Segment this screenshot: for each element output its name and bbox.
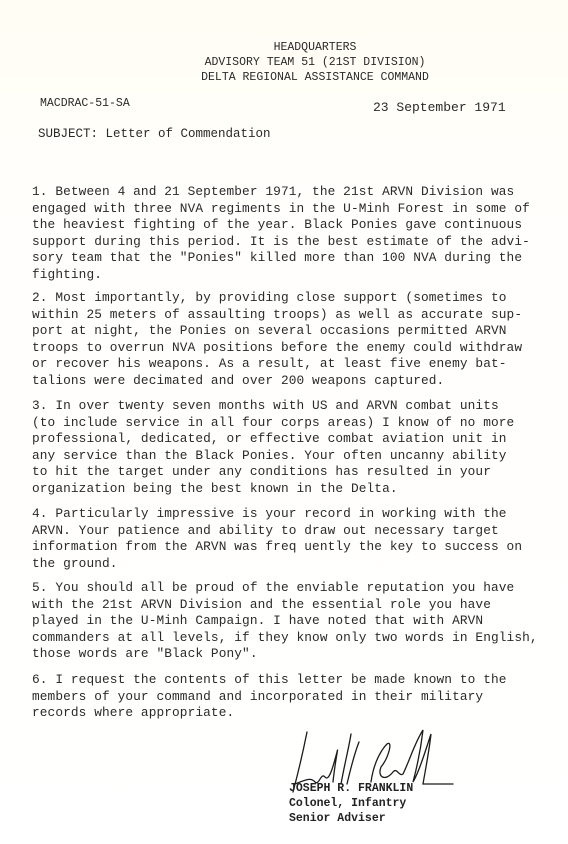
text-line: troops to overrun NVA positions before t… xyxy=(32,340,542,357)
signer-rank: Colonel, Infantry xyxy=(289,796,413,811)
subject-line: SUBJECT: Letter of Commendation xyxy=(38,127,271,141)
text-line: professional, dedicated, or effective co… xyxy=(32,431,542,448)
text-line: support during this period. It is the be… xyxy=(32,234,542,251)
text-line: 1. Between 4 and 21 September 1971, the … xyxy=(32,184,542,201)
reference-code: MACDRAC-51-SA xyxy=(40,97,130,110)
text-line: any service than the Black Ponies. Your … xyxy=(32,448,542,465)
text-line: records where appropriate. xyxy=(32,705,542,722)
text-line: with the 21st ARVN Division and the esse… xyxy=(32,597,542,614)
text-line: the heaviest fighting of the year. Black… xyxy=(32,217,542,234)
text-line: those words are "Black Pony". xyxy=(32,646,542,663)
paragraph-3: 3. In over twenty seven months with US a… xyxy=(32,398,542,497)
text-line: fighting. xyxy=(32,267,542,284)
signer-name: JOSEPH R. FRANKLIN xyxy=(289,781,413,796)
signature-block: JOSEPH R. FRANKLIN Colonel, Infantry Sen… xyxy=(289,781,413,826)
text-line: or recover his weapons. As a result, at … xyxy=(32,356,542,373)
text-line: commanders at all levels, if they know o… xyxy=(32,630,542,647)
text-line: 5. You should all be proud of the enviab… xyxy=(32,580,542,597)
text-line: 2. Most importantly, by providing close … xyxy=(32,290,542,307)
text-line: talions were decimated and over 200 weap… xyxy=(32,373,542,390)
text-line: to hit the target under any conditions h… xyxy=(32,464,542,481)
letter-page: HEADQUARTERS ADVISORY TEAM 51 (21ST DIVI… xyxy=(0,0,568,844)
letterhead: HEADQUARTERS ADVISORY TEAM 51 (21ST DIVI… xyxy=(0,40,568,85)
text-line: 4. Particularly impressive is your recor… xyxy=(32,506,542,523)
text-line: within 25 meters of assaulting troops) a… xyxy=(32,307,542,324)
paragraph-6: 6. I request the contents of this letter… xyxy=(32,672,542,722)
letter-date: 23 September 1971 xyxy=(373,100,506,115)
text-line: played in the U-Minh Campaign. I have no… xyxy=(32,613,542,630)
text-line: ARVN. Your patience and ability to draw … xyxy=(32,523,542,540)
text-line: engaged with three NVA regiments in the … xyxy=(32,201,542,218)
signer-title: Senior Adviser xyxy=(289,811,413,826)
text-line: 3. In over twenty seven months with US a… xyxy=(32,398,542,415)
letterhead-line-1: HEADQUARTERS xyxy=(0,40,568,55)
text-line: 6. I request the contents of this letter… xyxy=(32,672,542,689)
text-line: organization being the best known in the… xyxy=(32,481,542,498)
paragraph-1: 1. Between 4 and 21 September 1971, the … xyxy=(32,184,542,283)
text-line: information from the ARVN was freq uentl… xyxy=(32,539,542,556)
paragraph-2: 2. Most importantly, by providing close … xyxy=(32,290,542,389)
text-line: sory team that the "Ponies" killed more … xyxy=(32,250,542,267)
letterhead-line-2: ADVISORY TEAM 51 (21ST DIVISION) xyxy=(0,55,568,70)
text-line: members of your command and incorporated… xyxy=(32,689,542,706)
paragraph-4: 4. Particularly impressive is your recor… xyxy=(32,506,542,572)
text-line: the ground. xyxy=(32,556,542,573)
letterhead-line-3: DELTA REGIONAL ASSISTANCE COMMAND xyxy=(0,70,568,85)
text-line: port at night, the Ponies on several occ… xyxy=(32,323,542,340)
text-line: (to include service in all four corps ar… xyxy=(32,415,542,432)
paragraph-5: 5. You should all be proud of the enviab… xyxy=(32,580,542,663)
